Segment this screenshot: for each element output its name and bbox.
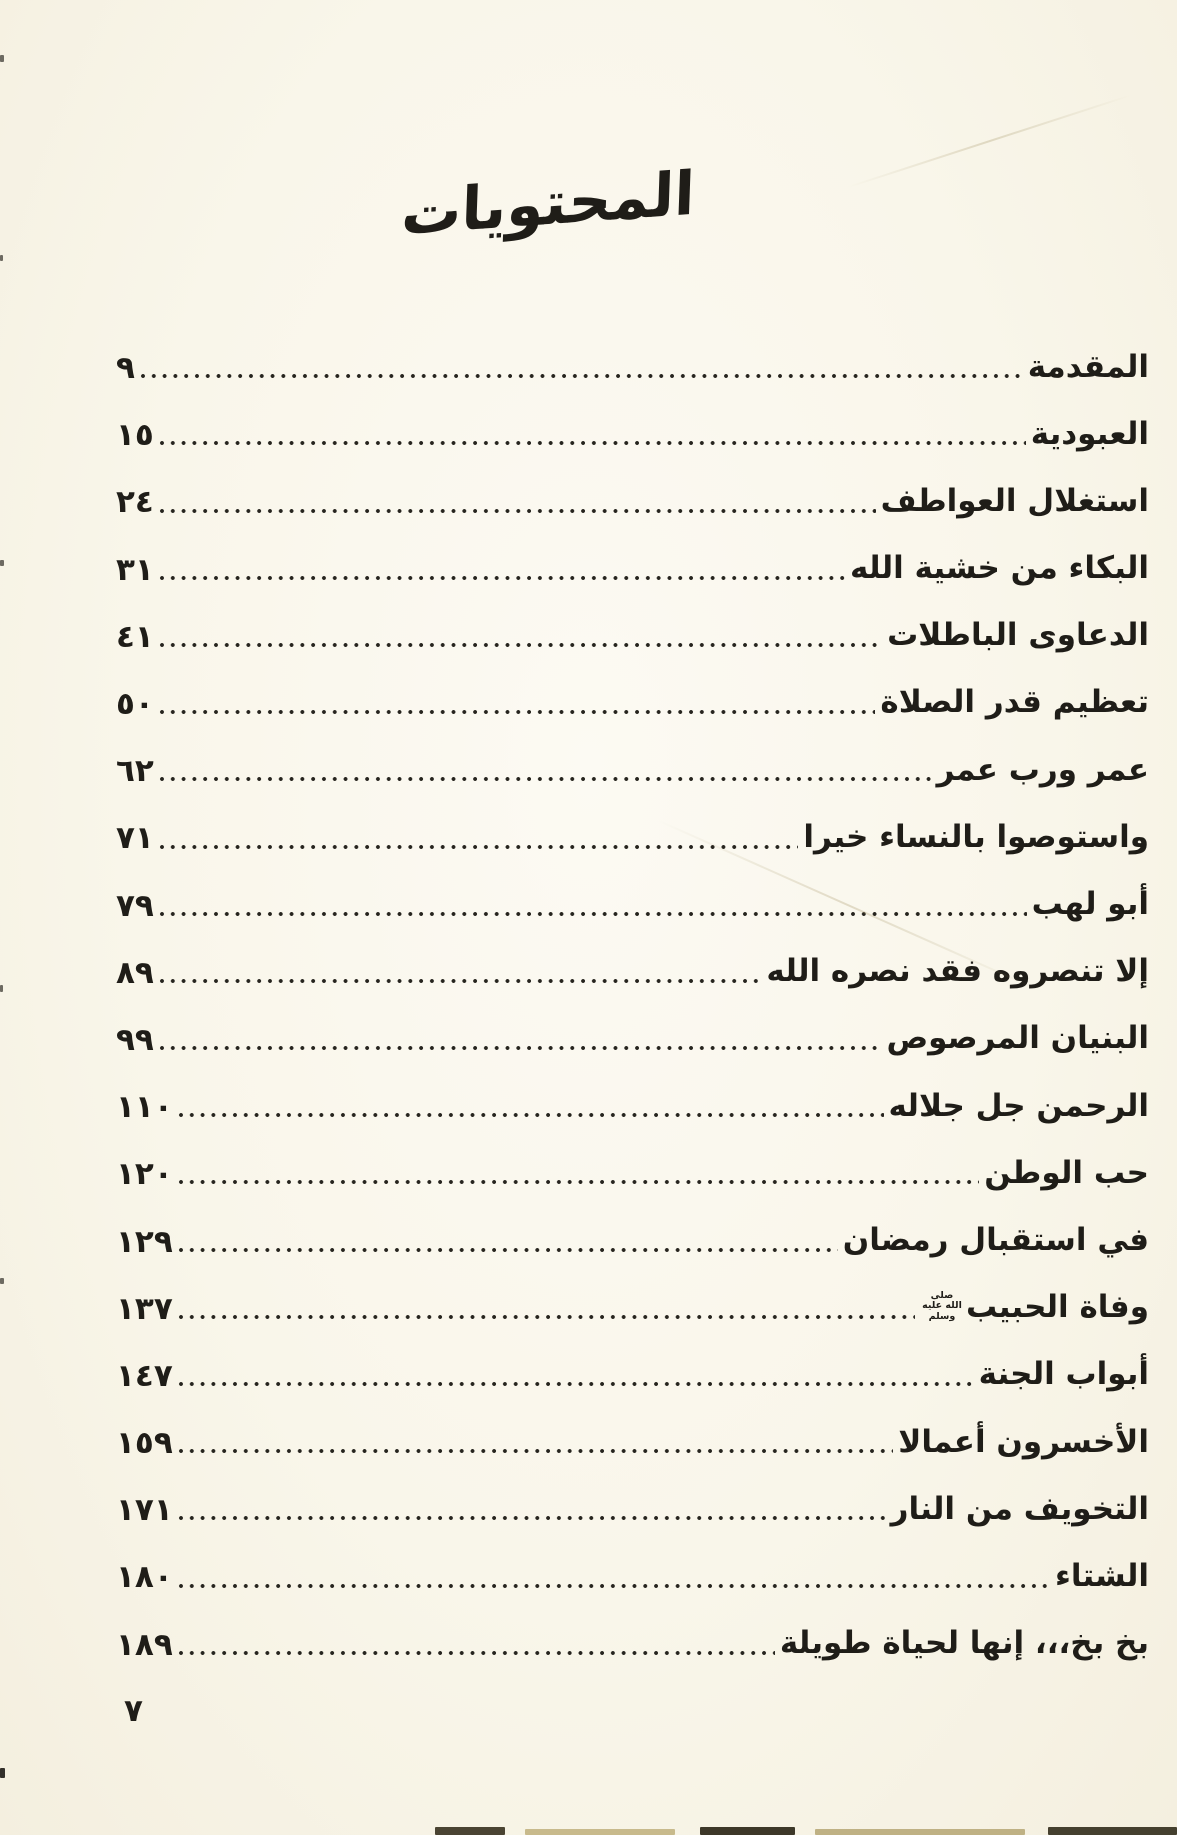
dot-leader [178,1446,894,1455]
toc-entry-page-number: ١٤٧ [116,1359,173,1393]
scan-speck [0,560,4,566]
scan-edge-smudge [700,1827,795,1835]
contents-calligraphy-title: المحتويات [401,158,697,251]
toc-entry: حب الوطن ١٢٠ [116,1124,1149,1191]
toc-entry: أبواب الجنة ١٤٧ [116,1326,1149,1393]
toc-entry-title: الأخسرون أعمالا [898,1425,1149,1461]
dot-leader [159,774,932,783]
toc-entry-page-number: ٩٩ [116,1023,154,1057]
toc-entry-title: حب الوطن [984,1156,1149,1192]
toc-entry-title: وفاة الحبيب [966,1290,1149,1326]
dot-leader [178,1110,884,1119]
table-of-contents: المقدمة ٩ العبودية ١٥ استغلال العواطف ٢٤… [116,318,1149,1662]
toc-entry: التخويف من النار ١٧١ [116,1460,1149,1527]
dot-leader [159,640,882,649]
toc-entry-title: البكاء من خشية الله [850,551,1149,587]
toc-entry-page-number: ٧١ [116,821,154,855]
toc-entry-page-number: ٤١ [116,620,154,654]
scan-edge-smudge [435,1827,505,1835]
toc-entry-title: الدعاوى الباطلات [887,618,1149,654]
book-page: المحتويات المقدمة ٩ العبودية ١٥ استغلال … [0,0,1177,1835]
scan-speck [0,1768,5,1778]
toc-entry-title: أبو لهب [1032,887,1149,923]
dot-leader [178,1648,775,1657]
dot-leader [159,842,799,851]
toc-entry-page-number: ٦٢ [116,754,154,788]
toc-entry: إلا تنصروه فقد نصره الله ٨٩ [116,923,1149,990]
toc-entry: واستوصوا بالنساء خيرا ٧١ [116,788,1149,855]
toc-entry: تعظيم قدر الصلاة ٥٠ [116,654,1149,721]
toc-entry-page-number: ١٨٩ [116,1628,173,1662]
dot-leader [178,1245,838,1254]
toc-entry: الرحمن جل جلاله ١١٠ [116,1057,1149,1124]
toc-entry-title: واستوصوا بالنساء خيرا [803,820,1149,856]
scan-edge-smudge [1048,1827,1177,1835]
toc-entry-page-number: ١٢٠ [116,1157,173,1191]
toc-entry-title: تعظيم قدر الصلاة [880,685,1149,721]
toc-entry-page-number: ٢٤ [116,485,154,519]
dot-leader [178,1379,974,1388]
toc-entry-page-number: ٧٩ [116,889,154,923]
dot-leader [178,1513,886,1522]
toc-entry-page-number: ٥٠ [116,687,154,721]
toc-entry: وفاة الحبيب صلى الله عليه وسلم ١٣٧ [116,1259,1149,1326]
toc-entry: عمر ورب عمر ٦٢ [116,721,1149,788]
toc-entry-page-number: ١٥ [116,418,154,452]
toc-entry: المقدمة ٩ [116,318,1149,385]
dot-leader [159,1043,882,1052]
scan-edge-smudge [815,1829,1025,1835]
dot-leader [178,1312,915,1321]
toc-entry-page-number: ٨٩ [116,956,154,990]
toc-entry-title: أبواب الجنة [979,1357,1149,1393]
toc-entry-page-number: ٣١ [116,553,154,587]
toc-entry-title: بخ بخ،،، إنها لحياة طويلة [780,1626,1149,1662]
folio-page-number: ٧ [124,1693,143,1729]
toc-entry-title: العبودية [1031,417,1149,453]
toc-entry: أبو لهب ٧٩ [116,856,1149,923]
toc-entry: في استقبال رمضان ١٢٩ [116,1191,1149,1258]
scan-speck [0,1278,4,1284]
toc-entry-title: إلا تنصروه فقد نصره الله [766,954,1149,990]
dot-leader [159,506,876,515]
toc-entry-page-number: ١٥٩ [116,1426,173,1460]
dot-leader [159,438,1026,447]
scan-speck [0,985,3,992]
pbuh-honorific: صلى الله عليه وسلم [921,1291,963,1322]
toc-entry-page-number: ١٣٧ [116,1292,173,1326]
scan-speck [0,55,4,62]
toc-entry-page-number: ١٢٩ [116,1225,173,1259]
toc-entry: البكاء من خشية الله ٣١ [116,520,1149,587]
toc-entry: الشتاء ١٨٠ [116,1527,1149,1594]
toc-entry-page-number: ١٨٠ [116,1560,173,1594]
toc-entry-title: استغلال العواطف [881,484,1149,520]
dot-leader [159,707,876,716]
dot-leader [140,371,1023,380]
toc-entry: بخ بخ،،، إنها لحياة طويلة ١٨٩ [116,1595,1149,1662]
dot-leader [178,1177,979,1186]
dot-leader [159,976,762,985]
scan-edge-smudge [525,1829,675,1835]
toc-entry: استغلال العواطف ٢٤ [116,452,1149,519]
toc-entry: العبودية ١٥ [116,385,1149,452]
dot-leader [159,573,845,582]
dot-leader [159,909,1027,918]
toc-entry-page-number: ٩ [116,351,135,385]
toc-entry: البنيان المرصوص ٩٩ [116,990,1149,1057]
toc-entry-page-number: ١١٠ [116,1090,173,1124]
toc-entry-title: في استقبال رمضان [843,1223,1149,1259]
toc-entry: الدعاوى الباطلات ٤١ [116,587,1149,654]
toc-entry-title: البنيان المرصوص [886,1021,1149,1057]
toc-entry-title: التخويف من النار [891,1492,1149,1528]
toc-entry: الأخسرون أعمالا ١٥٩ [116,1393,1149,1460]
dot-leader [178,1581,1050,1590]
toc-entry-title: الرحمن جل جلاله [889,1089,1150,1125]
toc-entry-title: الشتاء [1055,1559,1149,1595]
toc-entry-page-number: ١٧١ [116,1493,173,1527]
toc-entry-title: المقدمة [1028,350,1149,386]
scan-speck [0,255,3,261]
toc-entry-title: عمر ورب عمر [937,753,1149,789]
contents-heading-wrap: المحتويات [0,168,1137,240]
